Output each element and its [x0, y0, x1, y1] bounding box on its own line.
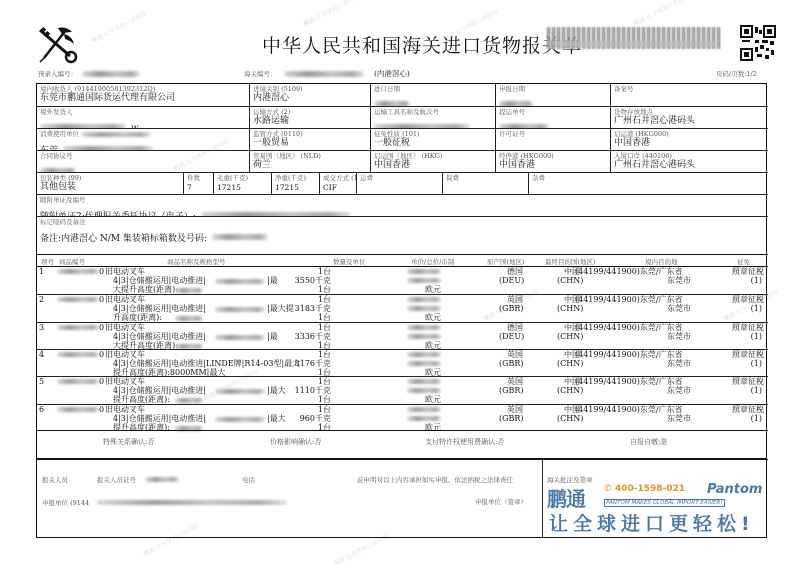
commodity-code-suffix: 0 — [99, 350, 104, 360]
commodity-code-suffix: 0 — [99, 295, 104, 305]
entry-port-cell: 入境口岸 (440106) 广州石井滘心港码头 — [610, 150, 768, 172]
package-type-value: 其他包装 — [40, 182, 180, 193]
spec-brand-redacted — [215, 417, 265, 422]
domestic-destination-city: 东莞市 — [667, 359, 691, 369]
spec-height-redacted — [175, 288, 203, 293]
insurance-label: 保费 — [446, 174, 525, 182]
goods-row: 20旧电动叉车4|3|仓储搬运用|电动推进||最大提升高度(距离):1台3183… — [37, 294, 768, 321]
insurance-cell: 保费 — [442, 172, 528, 194]
ad-brand-cn: 鹏通 — [547, 483, 585, 512]
goods-table: 10旧电动叉车4|3|仓储搬运用|电动推进||最大提升高度(距离):1台3550… — [37, 266, 768, 431]
vessel-cell: 运输工具名称及航次号 — [370, 106, 495, 128]
total-price-redacted — [407, 306, 441, 311]
barcode-number — [555, 42, 715, 46]
ad-tagline-en: PANTOM MAKES GLOBAL IMPORT EASIER! — [604, 499, 725, 507]
contract-no-label: 合同协议号 — [40, 152, 246, 160]
commodity-code-redacted — [57, 407, 99, 412]
header-levy: 征免 — [737, 257, 750, 266]
commodity-code-redacted — [57, 352, 99, 357]
watermark: 鹏通 让全球进口更轻松 — [302, 0, 361, 28]
package-type-label: 包装种类 (99) — [40, 174, 180, 182]
origin-code: (DEU) — [499, 332, 524, 342]
domestic-destination-city: 东莞市 — [667, 386, 691, 396]
container-no-redacted — [212, 234, 268, 240]
meta-row: 预录入编号： 海关编号： (内港滘心) 页码/页数:1/2 — [38, 69, 774, 79]
unit-price-redacted — [407, 407, 441, 412]
declarant-label: 报关人员 — [42, 476, 68, 484]
header-origin: 原产国(地区) — [487, 257, 525, 266]
spec-height-redacted — [175, 344, 203, 349]
domestic-destination-city: 东莞市 — [667, 414, 691, 424]
destination-code: (CHN) — [557, 386, 583, 396]
marks-cell: 标记唛码及备注 备注:内港滘心 N/M 集装箱标箱数及号码: — [37, 216, 768, 254]
item-no: 2 — [39, 295, 44, 305]
goods-row: 40旧电动叉车4|3|仓储搬运用|电动推进|LINDE牌|R14-03型|最大提… — [37, 349, 768, 376]
page-info: 页码/页数:1/2 — [716, 70, 757, 78]
departure-port-label: 启运港 (HKG000) — [614, 130, 765, 138]
consignee-label: 境内收货人 (91441900581392312Q) — [40, 85, 246, 93]
commodity-code-redacted — [57, 297, 99, 302]
destination-code: (CHN) — [557, 304, 583, 314]
commodity-code-suffix: 0 — [99, 377, 104, 387]
declaring-unit-value: (9144 — [70, 499, 89, 507]
commodity-spec-line1-end: |最大提 — [267, 304, 294, 314]
goods-row: 10旧电动叉车4|3|仓储搬运用|电动推进||最大提升高度(距离):1台3550… — [37, 267, 768, 294]
total-price-redacted — [407, 388, 441, 393]
supervision-value: 一般贸易 — [253, 138, 367, 149]
consignee-cell: 境内收货人 (91441900581392312Q) 东莞市鹏通国际货运代理有限… — [37, 84, 249, 106]
attached-docs-label: 随附单证及编号 — [40, 196, 765, 204]
goods-row: 60旧电动叉车4|3|仓储搬运用|电动推进||最大提升高度(距离):1台960千… — [37, 404, 768, 431]
watermark: 鹏通 让全球进口更轻松 — [90, 8, 149, 45]
commodity-code-suffix: 0 — [99, 267, 104, 277]
domestic-destination-city: 东莞市 — [667, 332, 691, 342]
qr-code-icon — [740, 25, 776, 61]
commodity-spec-line1-end: |最 — [267, 276, 278, 286]
item-no: 5 — [39, 377, 44, 387]
pieces-cell: 件数 7 — [183, 172, 213, 194]
destination-code: (CHN) — [557, 332, 583, 342]
header-domestic-dest: 境内目的地 — [645, 257, 678, 266]
gross-weight-value: 17215 — [217, 182, 268, 193]
package-type-cell: 包装种类 (99) 其他包装 — [37, 172, 183, 194]
origin-code: (GBR) — [499, 414, 524, 424]
levy-code: (1) — [751, 304, 762, 314]
ad-phone: 400-1598-021 — [615, 484, 685, 494]
vessel-label: 运输工具名称及航次号 — [374, 108, 492, 116]
total-price-redacted — [407, 361, 441, 366]
pieces-label: 件数 — [187, 174, 210, 182]
origin-code: (GBR) — [499, 304, 524, 314]
net-weight-cell: 净重(千克) 17215 — [271, 172, 319, 194]
trade-country-value: 荷兰 — [253, 160, 367, 171]
total-price-redacted — [407, 278, 441, 283]
legal-statement: 兹申明对以上内容承担如实申报、依法纳税之法律责任 — [357, 476, 513, 484]
unit-price-redacted — [407, 269, 441, 274]
unit-price-redacted — [407, 352, 441, 357]
item-no: 6 — [39, 405, 44, 415]
item-no: 3 — [39, 323, 44, 333]
trade-terms-value: CIF — [323, 182, 353, 193]
commodity-code-suffix: 0 — [99, 323, 104, 333]
declaring-unit-label: 申报单位 (9144 — [42, 499, 89, 507]
destination-code: (CHN) — [557, 414, 583, 424]
license-no-cell: 许可证号 — [495, 128, 610, 150]
spec-height-redacted — [175, 316, 203, 321]
header-price: 单价/总价/币制 — [411, 257, 454, 266]
spec-brand-redacted — [215, 335, 265, 340]
item-no: 1 — [39, 267, 44, 277]
phone-icon: ✆ — [604, 484, 612, 494]
marks-value: 备注:内港滘心 N/M 集装箱标箱数及号码: — [40, 234, 207, 244]
destination-code: (CHN) — [557, 276, 583, 286]
commodity-code-suffix: 0 — [99, 405, 104, 415]
seal-label: 申报单位（签章） — [475, 498, 527, 506]
record-no-cell: 备案号 — [610, 84, 768, 106]
header-commodity-code: 商品编号 — [59, 257, 85, 266]
commodity-spec-line1-end: |最大 — [267, 414, 286, 424]
supervision-label: 监管方式 (0110) — [253, 130, 367, 138]
misc-fee-cell: 杂费 — [528, 172, 768, 194]
departure-country-label: 启运国（地区） (HKG) — [374, 152, 492, 160]
entry-customs-label: 进境关别 (5109) — [253, 85, 367, 93]
spec-brand-redacted — [215, 389, 265, 394]
domestic-destination-city: 东莞市 — [667, 304, 691, 314]
declare-date-cell: 申报日期 — [495, 84, 610, 106]
customs-number-redacted — [284, 71, 364, 77]
goods-row: 50旧电动叉车4|3|仓储搬运用|电动推进||最大提升高度(距离):1台1110… — [37, 376, 768, 403]
departure-port-cell: 启运港 (HKG000) 中国香港 — [610, 128, 768, 150]
declarant-id-redacted — [145, 477, 179, 482]
total-price-redacted — [407, 416, 441, 421]
misc-fee-label: 杂费 — [532, 174, 765, 182]
declaring-unit-redacted — [97, 500, 287, 505]
transport-mode-label: 运输方式 (2) — [253, 108, 367, 116]
contract-no-cell: 合同协议号 — [37, 150, 249, 172]
bill-of-lading-cell: 提运单号 — [495, 106, 610, 128]
transit-port-label: 经停港 (HKG000) — [499, 152, 607, 160]
entry-customs-value: 内港滘心 — [253, 93, 367, 104]
consumer-label: 消费使用单位 — [40, 130, 79, 138]
transit-port-cell: 经停港 (HKG000) 中国香港 — [495, 150, 610, 172]
ad-brand-en: Pantom — [707, 482, 762, 497]
supervision-cell: 监管方式 (0110) 一般贸易 — [249, 128, 370, 150]
special-relation-confirm: 特殊关系确认:否 — [103, 438, 154, 446]
origin-code: (GBR) — [499, 359, 524, 369]
entry-port-value: 广州石井滘心港码头 — [614, 160, 765, 171]
phone-label: 电话 — [242, 476, 255, 484]
pre-entry-label: 预录入编号： — [38, 70, 77, 78]
levy-code: (1) — [751, 332, 762, 342]
customs-emblem-icon — [36, 24, 80, 64]
goods-header-row: 项号 商品编号 商品名称及规格型号 数量及单位 单价/总价/币制 原产国(地区)… — [37, 254, 768, 266]
transit-port-value: 中国香港 — [499, 160, 607, 171]
origin-code: (GBR) — [499, 386, 524, 396]
levy-nature-value: 一般征税 — [374, 138, 492, 149]
price-influence-confirm: 价格影响确认:否 — [270, 438, 321, 446]
pantom-ad-banner: 鹏通 ✆ 400-1598-021 Pantom PANTOM MAKES GL… — [545, 480, 763, 536]
marks-label: 标记唛码及备注 — [40, 218, 765, 226]
commodity-code-redacted — [57, 325, 99, 330]
header-item-no: 项号 — [41, 257, 54, 266]
commodity-code-redacted — [57, 379, 99, 384]
overseas-shipper-label: 境外发货人 — [40, 108, 246, 116]
pieces-value: 7 — [187, 182, 210, 193]
transport-mode-value: 水路运输 — [253, 116, 367, 127]
levy-code: (1) — [751, 386, 762, 396]
departure-country-value: 中国香港 — [374, 160, 492, 171]
watermark: 鹏通 让全球进口更轻松 — [632, 0, 691, 28]
spec-brand-redacted — [215, 279, 265, 284]
levy-code: (1) — [751, 276, 762, 286]
total-price-redacted — [407, 334, 441, 339]
transport-mode-cell: 运输方式 (2) 水路运输 — [249, 106, 370, 128]
storage-place-value: 广州石井滘心港码头 — [614, 116, 765, 127]
levy-code: (1) — [751, 359, 762, 369]
spec-height-redacted — [175, 398, 203, 403]
attached-docs-cell: 随附单证及编号 随附单证2:代理报关委托协议（电子）: — [37, 194, 768, 216]
consignee-value: 东莞市鹏通国际货运代理有限公司 — [40, 93, 246, 104]
gross-weight-label: 毛重(千克) — [217, 174, 268, 182]
trade-terms-cell: 成交方式 (1) CIF — [319, 172, 356, 194]
commodity-code-redacted — [57, 269, 99, 274]
import-date-label: 进口日期 — [374, 85, 492, 93]
goods-row: 30旧电动叉车4|3|仓储搬运用|电动推进||最大提升高度(距离):1台3336… — [37, 322, 768, 349]
commodity-spec-line1-end: |最大 — [267, 386, 286, 396]
declare-date-label: 申报日期 — [499, 85, 607, 93]
import-date-cell: 进口日期 — [370, 84, 495, 106]
overseas-shipper-cell: 境外发货人 W — [37, 106, 249, 128]
ad-tagline-cn: 让全球进口更轻松! — [549, 509, 755, 536]
header-final-dest: 最终目的国(地区) — [545, 257, 596, 266]
confirmations-row: 特殊关系确认:否 价格影响确认:否 支付特许权使用费确认:否 自报自缴:是 — [37, 430, 768, 457]
entry-customs-cell: 进境关别 (5109) 内港滘心 — [249, 84, 370, 106]
header-commodity-name: 商品名称及规格型号 — [167, 257, 226, 266]
freight-label: 运费 — [360, 174, 439, 182]
commodity-spec-line1-end: |最 — [267, 332, 278, 342]
trade-country-label: 贸易国（地区） (NLD) — [253, 152, 367, 160]
entry-port-label: 入境口岸 (440106) — [614, 152, 765, 160]
header-quantity: 数量及单位 — [333, 257, 366, 266]
levy-nature-label: 征免性质 (101) — [374, 130, 492, 138]
unit-price-redacted — [407, 325, 441, 330]
domestic-destination-city: 东莞市 — [667, 276, 691, 286]
storage-place-label: 货物存放地点 — [614, 108, 765, 116]
license-no-label: 许可证号 — [499, 130, 607, 138]
bill-of-lading-label: 提运单号 — [499, 108, 607, 116]
destination-code: (CHN) — [557, 359, 583, 369]
consumer-code-redacted — [81, 132, 151, 137]
levy-nature-cell: 征免性质 (101) 一般征税 — [370, 128, 495, 150]
departure-country-cell: 启运国（地区） (HKG) 中国香港 — [370, 150, 495, 172]
gross-weight-cell: 毛重(千克) 17215 — [213, 172, 271, 194]
departure-port-value: 中国香港 — [614, 138, 765, 149]
storage-place-cell: 货物存放地点 广州石井滘心港码头 — [610, 106, 768, 128]
declarant-section: 报关人员 报关人员证号 电话 兹申明对以上内容承担如实申报、依法纳税之法律责任 … — [37, 459, 542, 538]
spec-brand-redacted — [215, 307, 265, 312]
net-weight-label: 净重(千克) — [275, 174, 316, 182]
freight-cell: 运费 — [356, 172, 442, 194]
record-no-label: 备案号 — [614, 85, 765, 93]
net-weight-value: 17215 — [275, 182, 316, 193]
item-no: 4 — [39, 350, 44, 360]
levy-code: (1) — [751, 414, 762, 424]
declaration-form: 境内收货人 (91441900581392312Q) 东莞市鹏通国际货运代理有限… — [36, 83, 767, 459]
royalty-confirm: 支付特许权使用费确认:否 — [425, 438, 504, 446]
unit-price-redacted — [407, 297, 441, 302]
unit-price-redacted — [407, 379, 441, 384]
trade-terms-label: 成交方式 (1) — [323, 174, 353, 182]
trade-country-cell: 贸易国（地区） (NLD) 荷兰 — [249, 150, 370, 172]
consumer-cell: 消费使用单位 东莞 — [37, 128, 249, 150]
pre-entry-number-redacted — [82, 71, 140, 77]
self-pay-confirm: 自报自缴:是 — [630, 438, 667, 446]
declaring-unit-label-text: 申报单位 — [42, 499, 68, 507]
origin-code: (DEU) — [499, 276, 524, 286]
customs-office: (内港滘心) — [374, 68, 410, 79]
document-title: 中华人民共和国海关进口货物报关单 — [262, 31, 582, 58]
customs-no-label: 海关编号： — [244, 70, 277, 78]
declarant-id-label: 报关人员证号 — [97, 476, 136, 484]
